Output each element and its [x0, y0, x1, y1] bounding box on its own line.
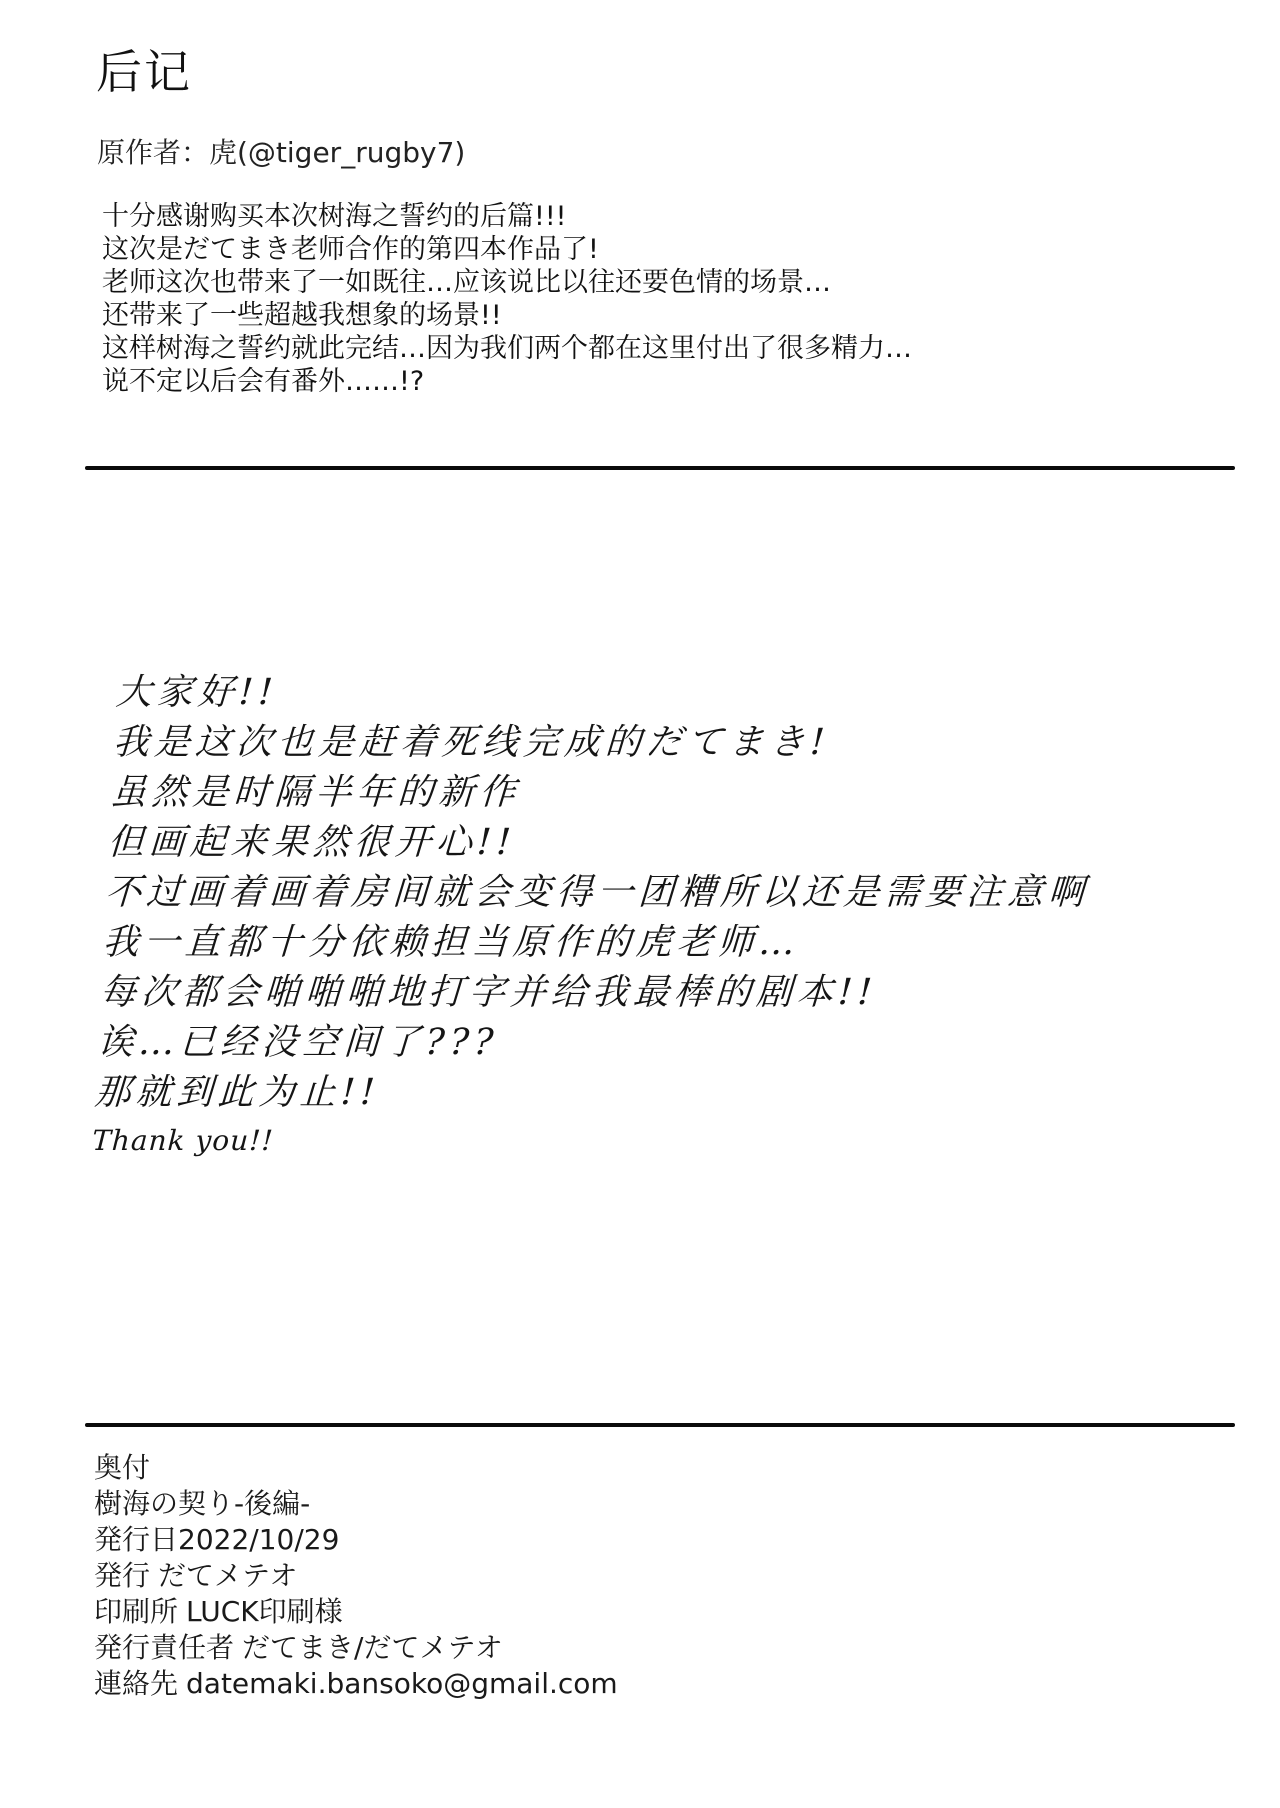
afterword-line: 还带来了一些超越我想象的场景!! — [102, 299, 912, 332]
colophon-heading: 奥付 — [94, 1450, 618, 1486]
artist-note-line: 我是这次也是赶着死线完成的だてまき! — [112, 718, 1099, 768]
date-label: 発行日 — [94, 1523, 178, 1556]
artist-note-line: 大家好!! — [114, 668, 1101, 718]
author-credit: 原作者：虎(@tiger_rugby7) — [97, 134, 465, 172]
colophon-printer: 印刷所LUCK印刷様 — [94, 1594, 618, 1630]
page-title: 后记 — [96, 44, 192, 100]
afterword-line: 说不定以后会有番外……!? — [102, 365, 912, 398]
contact-label: 連絡先 — [94, 1667, 178, 1700]
publisher-label: 発行 — [94, 1559, 150, 1592]
colophon-responsible: 発行責任者だてまき/だてメテオ — [94, 1630, 618, 1666]
publisher-value: だてメテオ — [158, 1559, 297, 1592]
artist-signoff: Thank you!! — [91, 1118, 1077, 1164]
afterword-page: 后记 原作者：虎(@tiger_rugby7) 十分感谢购买本次树海之誓约的后篇… — [0, 0, 1280, 1808]
printer-label: 印刷所 — [94, 1595, 178, 1628]
colophon-publisher: 発行だてメテオ — [94, 1558, 618, 1594]
date-value: 2022/10/29 — [178, 1523, 339, 1556]
artist-note-line: 不过画着画着房间就会变得一团糟所以还是需要注意啊 — [104, 868, 1091, 918]
colophon-date: 発行日2022/10/29 — [94, 1522, 618, 1558]
printer-value: LUCK印刷様 — [186, 1595, 343, 1628]
afterword-line: 老师这次也带来了一如既往…应该说比以往还要色情的场景… — [102, 266, 912, 299]
afterword-line: 这次是だてまき老师合作的第四本作品了! — [102, 233, 912, 266]
afterword-line: 这样树海之誓约就此完结…因为我们两个都在这里付出了很多精力… — [102, 332, 912, 365]
artist-note-line: 诶…已经没空间了??? — [96, 1018, 1083, 1068]
section-divider — [85, 466, 1235, 470]
artist-note: 大家好!! 我是这次也是赶着死线完成的だてまき! 虽然是时隔半年的新作 但画起来… — [91, 668, 1101, 1164]
contact-email: datemaki.bansoko@gmail.com — [186, 1667, 618, 1700]
section-divider — [85, 1423, 1235, 1427]
responsible-value: だてまき/だてメテオ — [242, 1631, 503, 1664]
colophon-title: 樹海の契り-後編- — [94, 1486, 618, 1522]
responsible-label: 発行責任者 — [94, 1631, 234, 1664]
artist-note-line: 但画起来果然很开心!! — [107, 818, 1094, 868]
artist-note-line: 每次都会啪啪啪地打字并给我最棒的剧本!! — [99, 968, 1086, 1018]
afterword-body: 十分感谢购买本次树海之誓约的后篇!!! 这次是だてまき老师合作的第四本作品了! … — [102, 200, 912, 398]
artist-note-line: 那就到此为止!! — [93, 1068, 1080, 1118]
colophon: 奥付 樹海の契り-後編- 発行日2022/10/29 発行だてメテオ 印刷所LU… — [94, 1450, 618, 1702]
colophon-contact: 連絡先datemaki.bansoko@gmail.com — [94, 1666, 618, 1702]
afterword-line: 十分感谢购买本次树海之誓约的后篇!!! — [102, 200, 912, 233]
artist-note-line: 我一直都十分依赖担当原作的虎老师… — [101, 918, 1088, 968]
artist-note-line: 虽然是时隔半年的新作 — [109, 768, 1096, 818]
